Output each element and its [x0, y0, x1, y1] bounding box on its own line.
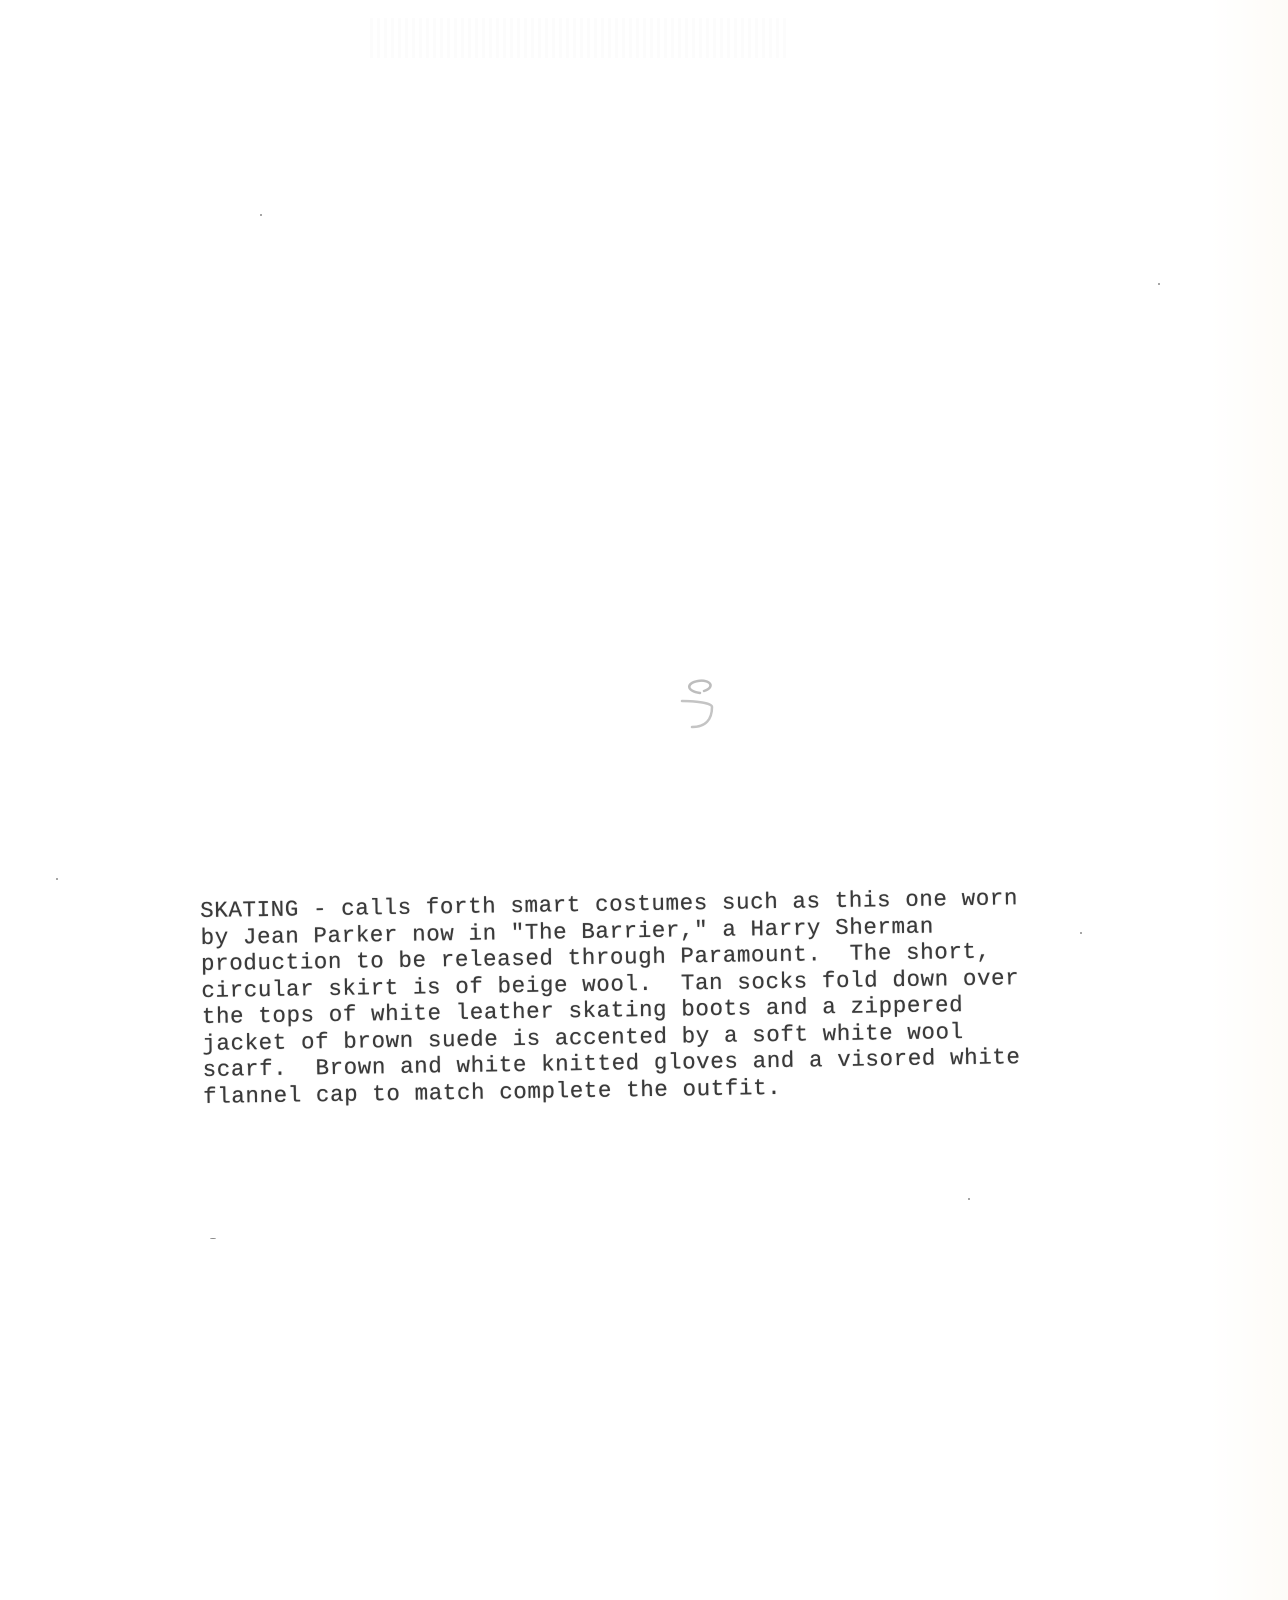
- show-through-stamp: [370, 18, 790, 58]
- photo-back-paper: SKATING - calls forth smart costumes suc…: [0, 0, 1288, 1600]
- typed-caption: SKATING - calls forth smart costumes suc…: [200, 883, 1143, 1110]
- paper-speck: [1080, 932, 1082, 934]
- paper-speck: [56, 878, 58, 880]
- paper-speck: [968, 1198, 970, 1200]
- paper-speck: [260, 214, 262, 216]
- paper-speck: [1158, 283, 1160, 285]
- paper-speck: [210, 1238, 216, 1239]
- pencil-annotation-mark: [678, 675, 728, 735]
